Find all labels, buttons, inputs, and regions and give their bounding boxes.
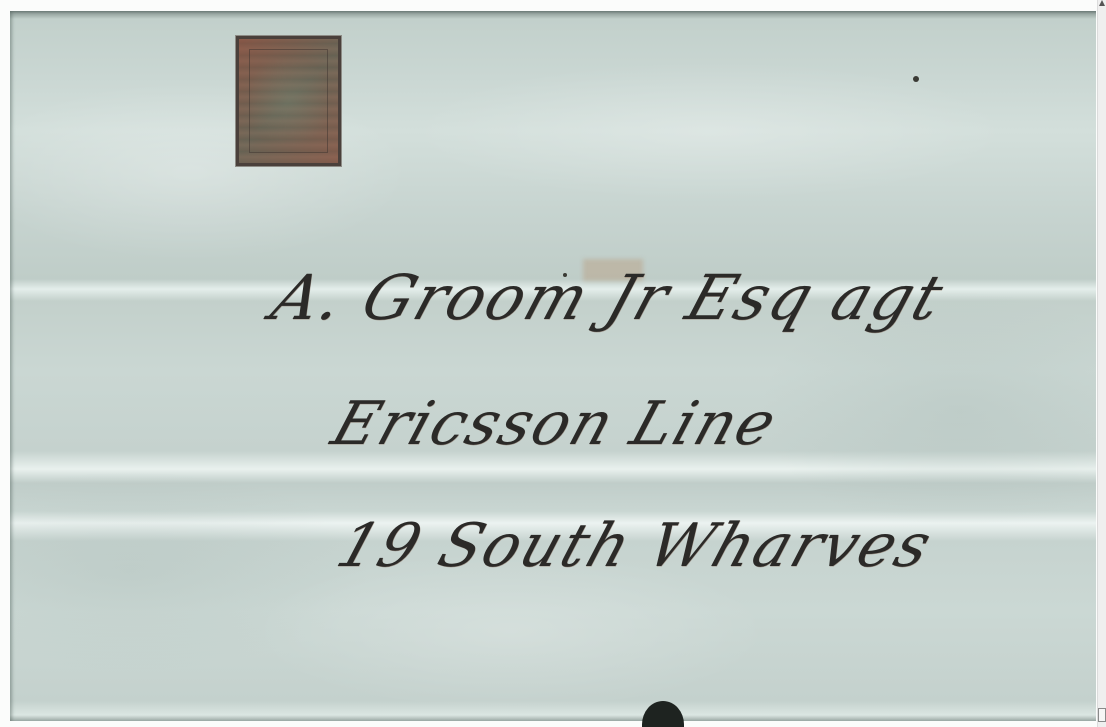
scroll-handle[interactable] [1098, 708, 1106, 722]
postage-stamp [236, 36, 341, 166]
scan-viewport: A. Groom Jr Esq agt Ericsson Line 19 Sou… [0, 0, 1106, 727]
letter-cover: A. Groom Jr Esq agt Ericsson Line 19 Sou… [10, 11, 1096, 721]
ink-spot [913, 76, 919, 82]
scroll-strip[interactable] [1097, 0, 1106, 727]
address-line-recipient: A. Groom Jr Esq agt [263, 261, 953, 334]
address-line-street: 19 South Wharves [329, 511, 942, 581]
address-line-company: Ericsson Line [324, 389, 787, 459]
paper-texture [10, 11, 1096, 721]
resize-corner-icon [1099, 0, 1105, 6]
